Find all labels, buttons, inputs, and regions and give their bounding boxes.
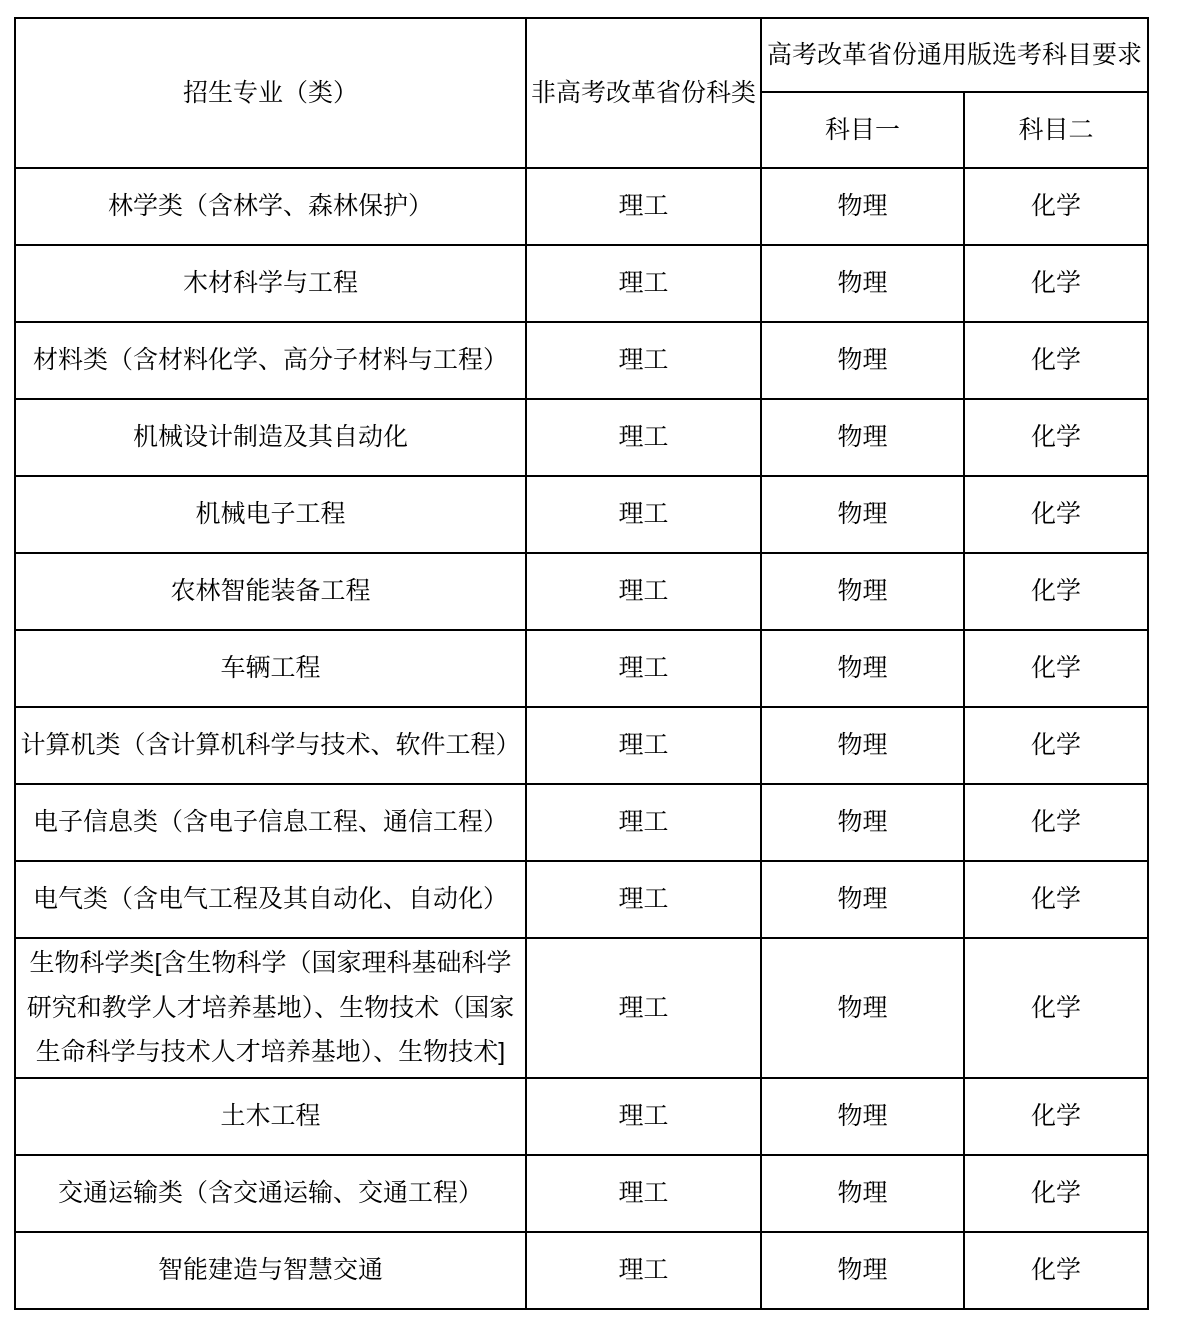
cell-category: 理工 [526,861,761,938]
cell-major: 车辆工程 [15,630,526,707]
cell-major: 交通运输类（含交通运输、交通工程） [15,1155,526,1232]
table-row: 电气类（含电气工程及其自动化、自动化） 理工 物理 化学 [15,861,1148,938]
cell-subject1: 物理 [761,938,964,1078]
cell-subject1: 物理 [761,861,964,938]
cell-subject1: 物理 [761,1232,964,1309]
cell-subject2: 化学 [964,1155,1148,1232]
header-major-column: 招生专业（类） [15,18,526,168]
table-row: 林学类（含林学、森林保护） 理工 物理 化学 [15,168,1148,245]
cell-major: 农林智能装备工程 [15,553,526,630]
table-row: 电子信息类（含电子信息工程、通信工程） 理工 物理 化学 [15,784,1148,861]
cell-major: 林学类（含林学、森林保护） [15,168,526,245]
document-page: 招生专业（类） 非高考改革省份科类 高考改革省份通用版选考科目要求 科目一 科目… [0,0,1178,1326]
cell-subject2: 化学 [964,553,1148,630]
cell-category: 理工 [526,245,761,322]
cell-category: 理工 [526,938,761,1078]
cell-major: 电气类（含电气工程及其自动化、自动化） [15,861,526,938]
cell-subject1: 物理 [761,476,964,553]
table-row: 土木工程 理工 物理 化学 [15,1078,1148,1155]
cell-subject2: 化学 [964,322,1148,399]
cell-major: 机械设计制造及其自动化 [15,399,526,476]
cell-category: 理工 [526,707,761,784]
header-non-reform-column: 非高考改革省份科类 [526,18,761,168]
cell-subject2: 化学 [964,399,1148,476]
cell-major: 电子信息类（含电子信息工程、通信工程） [15,784,526,861]
cell-major: 木材科学与工程 [15,245,526,322]
cell-subject1: 物理 [761,399,964,476]
cell-major: 土木工程 [15,1078,526,1155]
table-row: 机械电子工程 理工 物理 化学 [15,476,1148,553]
cell-subject2: 化学 [964,784,1148,861]
admissions-requirements-table: 招生专业（类） 非高考改革省份科类 高考改革省份通用版选考科目要求 科目一 科目… [14,17,1149,1310]
cell-subject1: 物理 [761,322,964,399]
cell-major: 生物科学类[含生物科学（国家理科基础科学研究和教学人才培养基地）、生物技术（国家… [15,938,526,1078]
cell-subject2: 化学 [964,707,1148,784]
table-row: 材料类（含材料化学、高分子材料与工程） 理工 物理 化学 [15,322,1148,399]
cell-category: 理工 [526,168,761,245]
table-row: 农林智能装备工程 理工 物理 化学 [15,553,1148,630]
cell-subject1: 物理 [761,168,964,245]
table-row: 机械设计制造及其自动化 理工 物理 化学 [15,399,1148,476]
cell-subject2: 化学 [964,630,1148,707]
header-reform-group-column: 高考改革省份通用版选考科目要求 [761,18,1148,92]
cell-subject1: 物理 [761,707,964,784]
cell-category: 理工 [526,784,761,861]
cell-major: 计算机类（含计算机科学与技术、软件工程） [15,707,526,784]
cell-subject2: 化学 [964,168,1148,245]
cell-category: 理工 [526,630,761,707]
table-row: 生物科学类[含生物科学（国家理科基础科学研究和教学人才培养基地）、生物技术（国家… [15,938,1148,1078]
cell-category: 理工 [526,399,761,476]
cell-subject2: 化学 [964,938,1148,1078]
cell-major: 机械电子工程 [15,476,526,553]
cell-major: 智能建造与智慧交通 [15,1232,526,1309]
table-row: 车辆工程 理工 物理 化学 [15,630,1148,707]
cell-category: 理工 [526,1232,761,1309]
cell-subject1: 物理 [761,630,964,707]
table-row: 计算机类（含计算机科学与技术、软件工程） 理工 物理 化学 [15,707,1148,784]
cell-category: 理工 [526,553,761,630]
cell-category: 理工 [526,1078,761,1155]
table-row: 木材科学与工程 理工 物理 化学 [15,245,1148,322]
cell-category: 理工 [526,322,761,399]
table-body: 林学类（含林学、森林保护） 理工 物理 化学 木材科学与工程 理工 物理 化学 … [15,168,1148,1309]
cell-subject2: 化学 [964,1078,1148,1155]
cell-category: 理工 [526,1155,761,1232]
cell-subject1: 物理 [761,1155,964,1232]
table-row: 智能建造与智慧交通 理工 物理 化学 [15,1232,1148,1309]
cell-subject2: 化学 [964,476,1148,553]
table-header: 招生专业（类） 非高考改革省份科类 高考改革省份通用版选考科目要求 科目一 科目… [15,18,1148,168]
cell-subject1: 物理 [761,784,964,861]
header-subject1-column: 科目一 [761,92,964,168]
cell-subject2: 化学 [964,1232,1148,1309]
cell-subject1: 物理 [761,245,964,322]
header-row-top: 招生专业（类） 非高考改革省份科类 高考改革省份通用版选考科目要求 [15,18,1148,92]
cell-major: 材料类（含材料化学、高分子材料与工程） [15,322,526,399]
header-subject2-column: 科目二 [964,92,1148,168]
table-row: 交通运输类（含交通运输、交通工程） 理工 物理 化学 [15,1155,1148,1232]
cell-subject2: 化学 [964,861,1148,938]
cell-subject2: 化学 [964,245,1148,322]
cell-subject1: 物理 [761,1078,964,1155]
cell-category: 理工 [526,476,761,553]
cell-subject1: 物理 [761,553,964,630]
